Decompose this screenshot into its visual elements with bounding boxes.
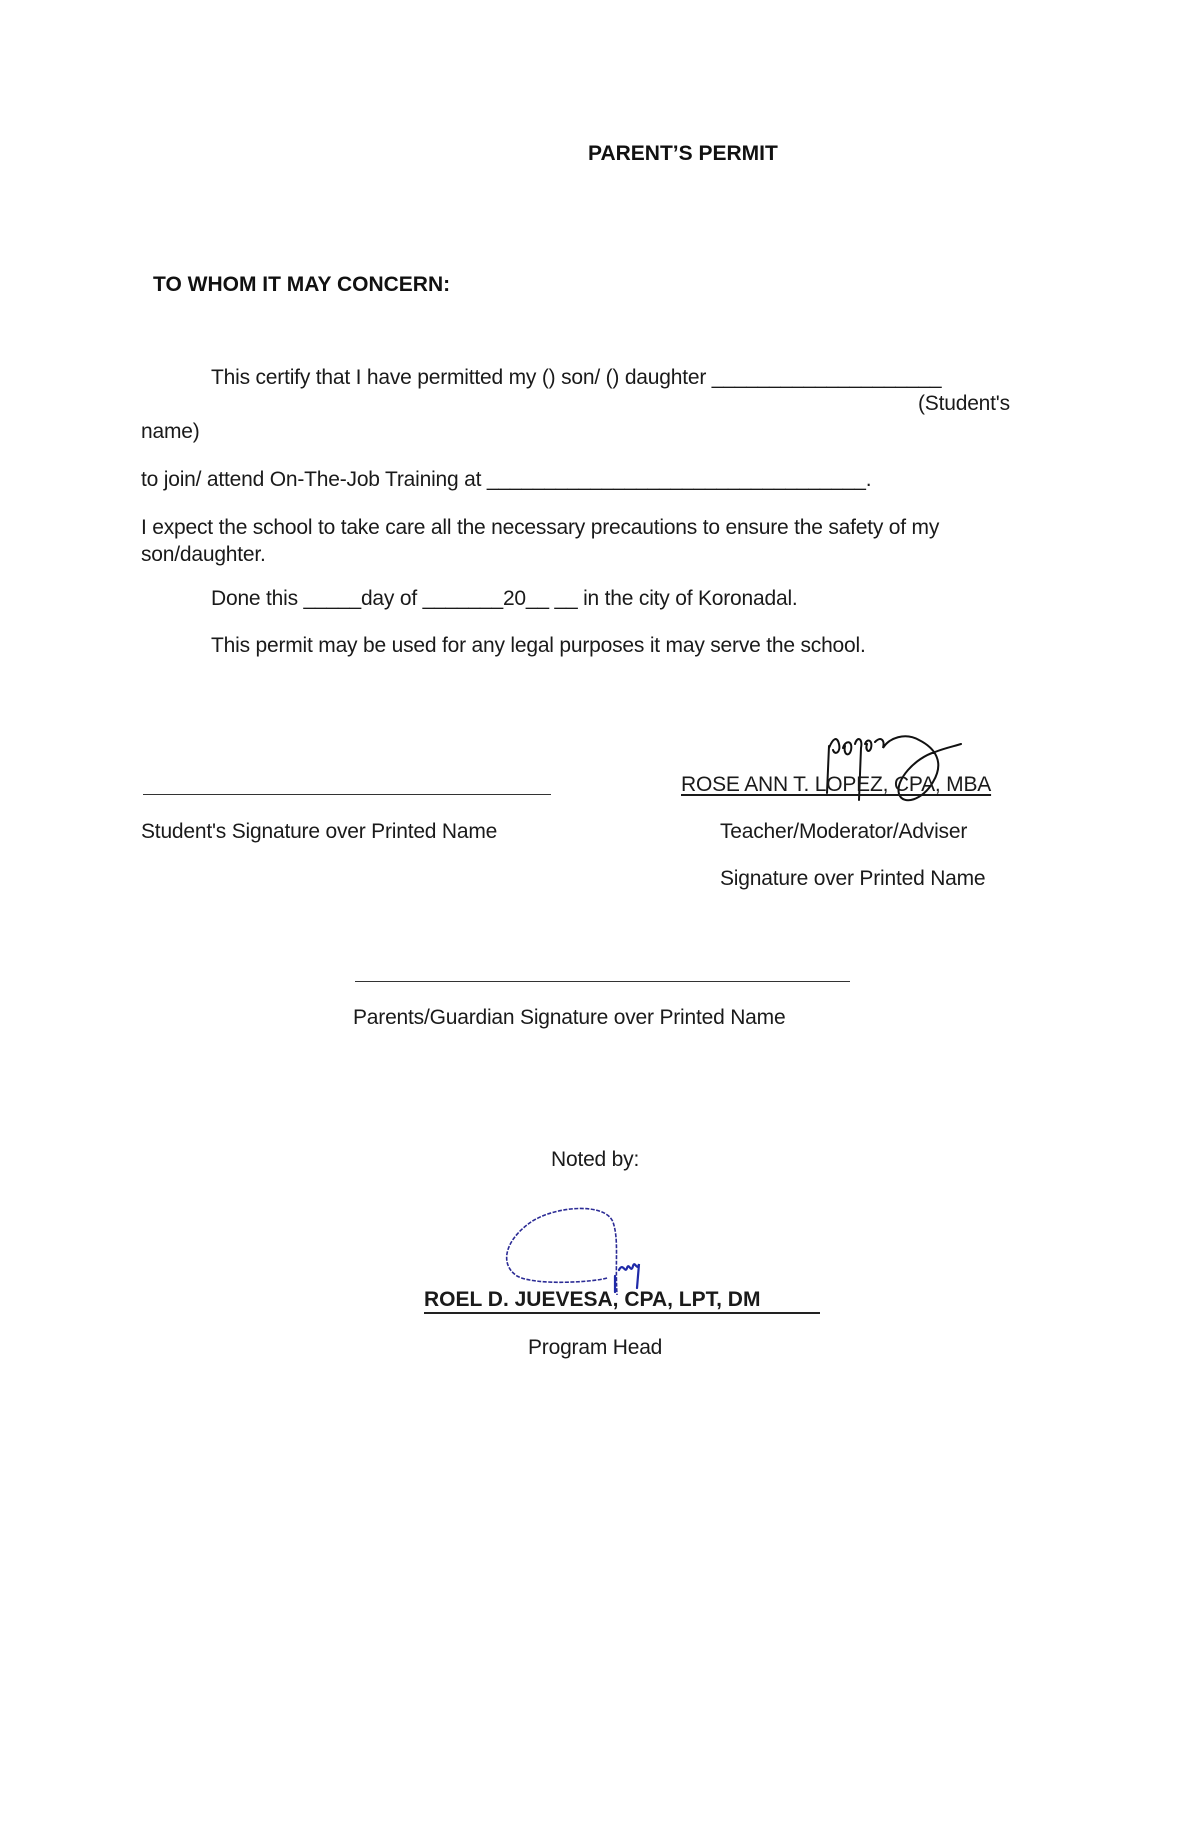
program-head-handwritten-signature-icon xyxy=(495,1200,655,1300)
student-name-note-cont: name) xyxy=(141,420,200,444)
teacher-signature-label: Signature over Printed Name xyxy=(720,867,985,891)
purpose-paragraph: This permit may be used for any legal pu… xyxy=(211,634,866,658)
expect-paragraph: I expect the school to take care all the… xyxy=(141,514,1066,568)
done-paragraph: Done this _____day of _______20__ __ in … xyxy=(211,587,798,611)
teacher-name: ROSE ANN T. LOPEZ, CPA, MBA xyxy=(681,773,991,797)
certify-paragraph: This certify that I have permitted my ()… xyxy=(211,366,941,390)
teacher-role: Teacher/Moderator/Adviser xyxy=(720,820,967,844)
parent-signature-line xyxy=(355,981,850,982)
salutation: TO WHOM IT MAY CONCERN: xyxy=(153,273,450,297)
student-name-note: (Student's xyxy=(918,392,1010,416)
program-head-role: Program Head xyxy=(528,1336,662,1360)
student-signature-label: Student's Signature over Printed Name xyxy=(141,820,497,844)
noted-by-label: Noted by: xyxy=(551,1148,639,1172)
teacher-handwritten-signature-icon xyxy=(815,718,965,813)
program-head-name: ROEL D. JUEVESA, CPA, LPT, DM xyxy=(424,1288,820,1314)
ojt-paragraph: to join/ attend On-The-Job Training at _… xyxy=(141,468,871,492)
student-signature-line xyxy=(143,794,551,795)
parent-signature-label: Parents/Guardian Signature over Printed … xyxy=(353,1006,785,1030)
document-title: PARENT’S PERMIT xyxy=(588,142,778,166)
